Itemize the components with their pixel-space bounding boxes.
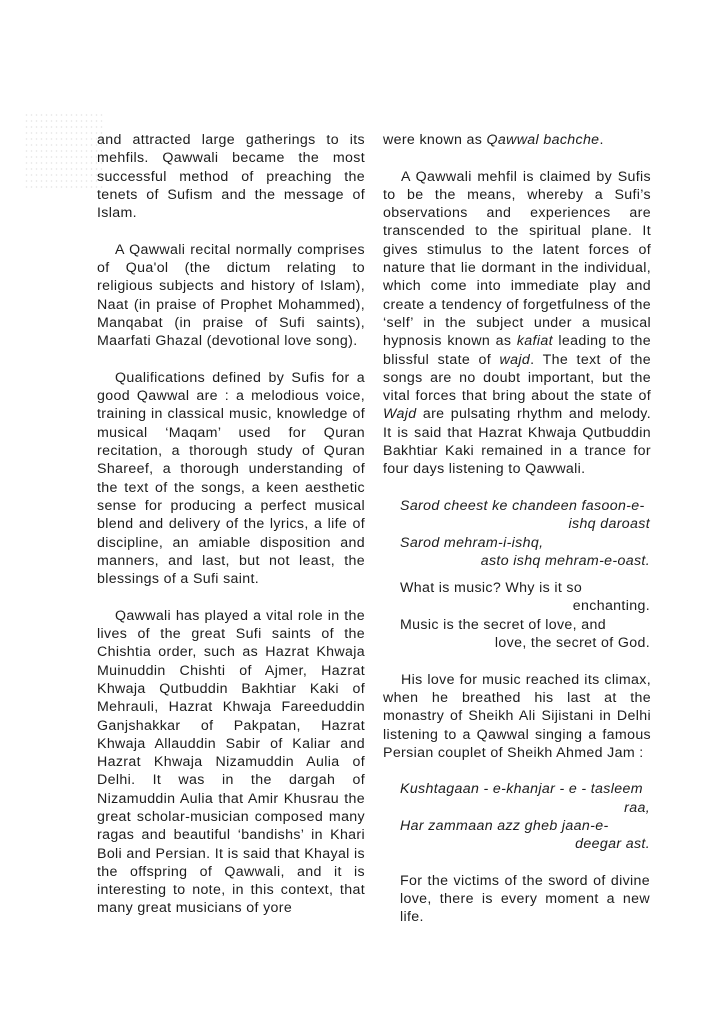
paragraph-qawwali-recital: A Qawwali recital normally comprises of … — [97, 241, 365, 351]
verse-line: asto ishq mehram-e-oast. — [400, 552, 650, 570]
paragraph-text: Qualifications defined by Sufis for a go… — [97, 370, 365, 587]
text-run: A Qawwali mehfil is claimed by Sufis to … — [383, 169, 651, 350]
verse-line: Har zammaan azz gheb jaan-e- — [400, 817, 650, 835]
verse-line: raa, — [400, 799, 650, 817]
translation-line: enchanting. — [400, 597, 650, 615]
paragraph-qualifications: Qualifications defined by Sufis for a go… — [97, 369, 365, 589]
italic-term: Qawwal bachche — [486, 132, 599, 148]
paragraph-text: His love for music reached its climax, w… — [383, 672, 651, 761]
translation-text: For the victims of the sword of divine l… — [400, 873, 650, 926]
paragraph-text: A Qawwali recital normally comprises of … — [97, 242, 365, 349]
paragraph-mehfils: and attracted large gatherings to its me… — [97, 131, 365, 222]
verse-translation-1: What is music? Why is it so enchanting. … — [400, 579, 650, 652]
translation-line: love, the secret of God. — [400, 634, 650, 652]
persian-verse-1: Sarod cheest ke chandeen fasoon-e- ishq … — [400, 497, 650, 570]
verse-line: Sarod cheest ke chandeen fasoon-e- — [400, 497, 650, 515]
paragraph-qawwal-bachche: were known as Qawwal bachche. — [383, 131, 651, 149]
paragraph-text: and attracted large gatherings to its me… — [97, 132, 365, 221]
paragraph-love-for-music: His love for music reached its climax, w… — [383, 671, 651, 762]
paragraph-text: Qawwali has played a vital role in the l… — [97, 608, 365, 917]
scan-noise — [24, 112, 104, 192]
paragraph-qawwali-mehfil: A Qawwali mehfil is claimed by Sufis to … — [383, 168, 651, 479]
text-run: . — [599, 132, 603, 148]
verse-line: Kushtagaan - e-khanjar - e - tasleem — [400, 780, 650, 798]
persian-verse-2: Kushtagaan - e-khanjar - e - tasleem raa… — [400, 780, 650, 853]
document-page: and attracted large gatherings to its me… — [0, 0, 724, 1024]
text-run: are pulsating rhythm and melody. It is s… — [383, 406, 651, 477]
verse-line: ishq daroast — [400, 515, 650, 533]
italic-term: Wajd — [383, 406, 416, 422]
text-run: were known as — [383, 132, 486, 148]
italic-term: kafiat — [517, 333, 553, 349]
paragraph-chishtia-order: Qawwali has played a vital role in the l… — [97, 607, 365, 918]
left-column: and attracted large gatherings to its me… — [97, 131, 365, 918]
verse-line: deegar ast. — [400, 835, 650, 853]
verse-line: Sarod mehram-i-ishq, — [400, 534, 650, 552]
italic-term: wajd — [500, 352, 531, 368]
translation-line: What is music? Why is it so — [400, 579, 650, 597]
right-column: were known as Qawwal bachche. A Qawwali … — [383, 131, 651, 945]
verse-translation-2: For the victims of the sword of divine l… — [400, 872, 650, 927]
translation-line: Music is the secret of love, and — [400, 616, 650, 634]
